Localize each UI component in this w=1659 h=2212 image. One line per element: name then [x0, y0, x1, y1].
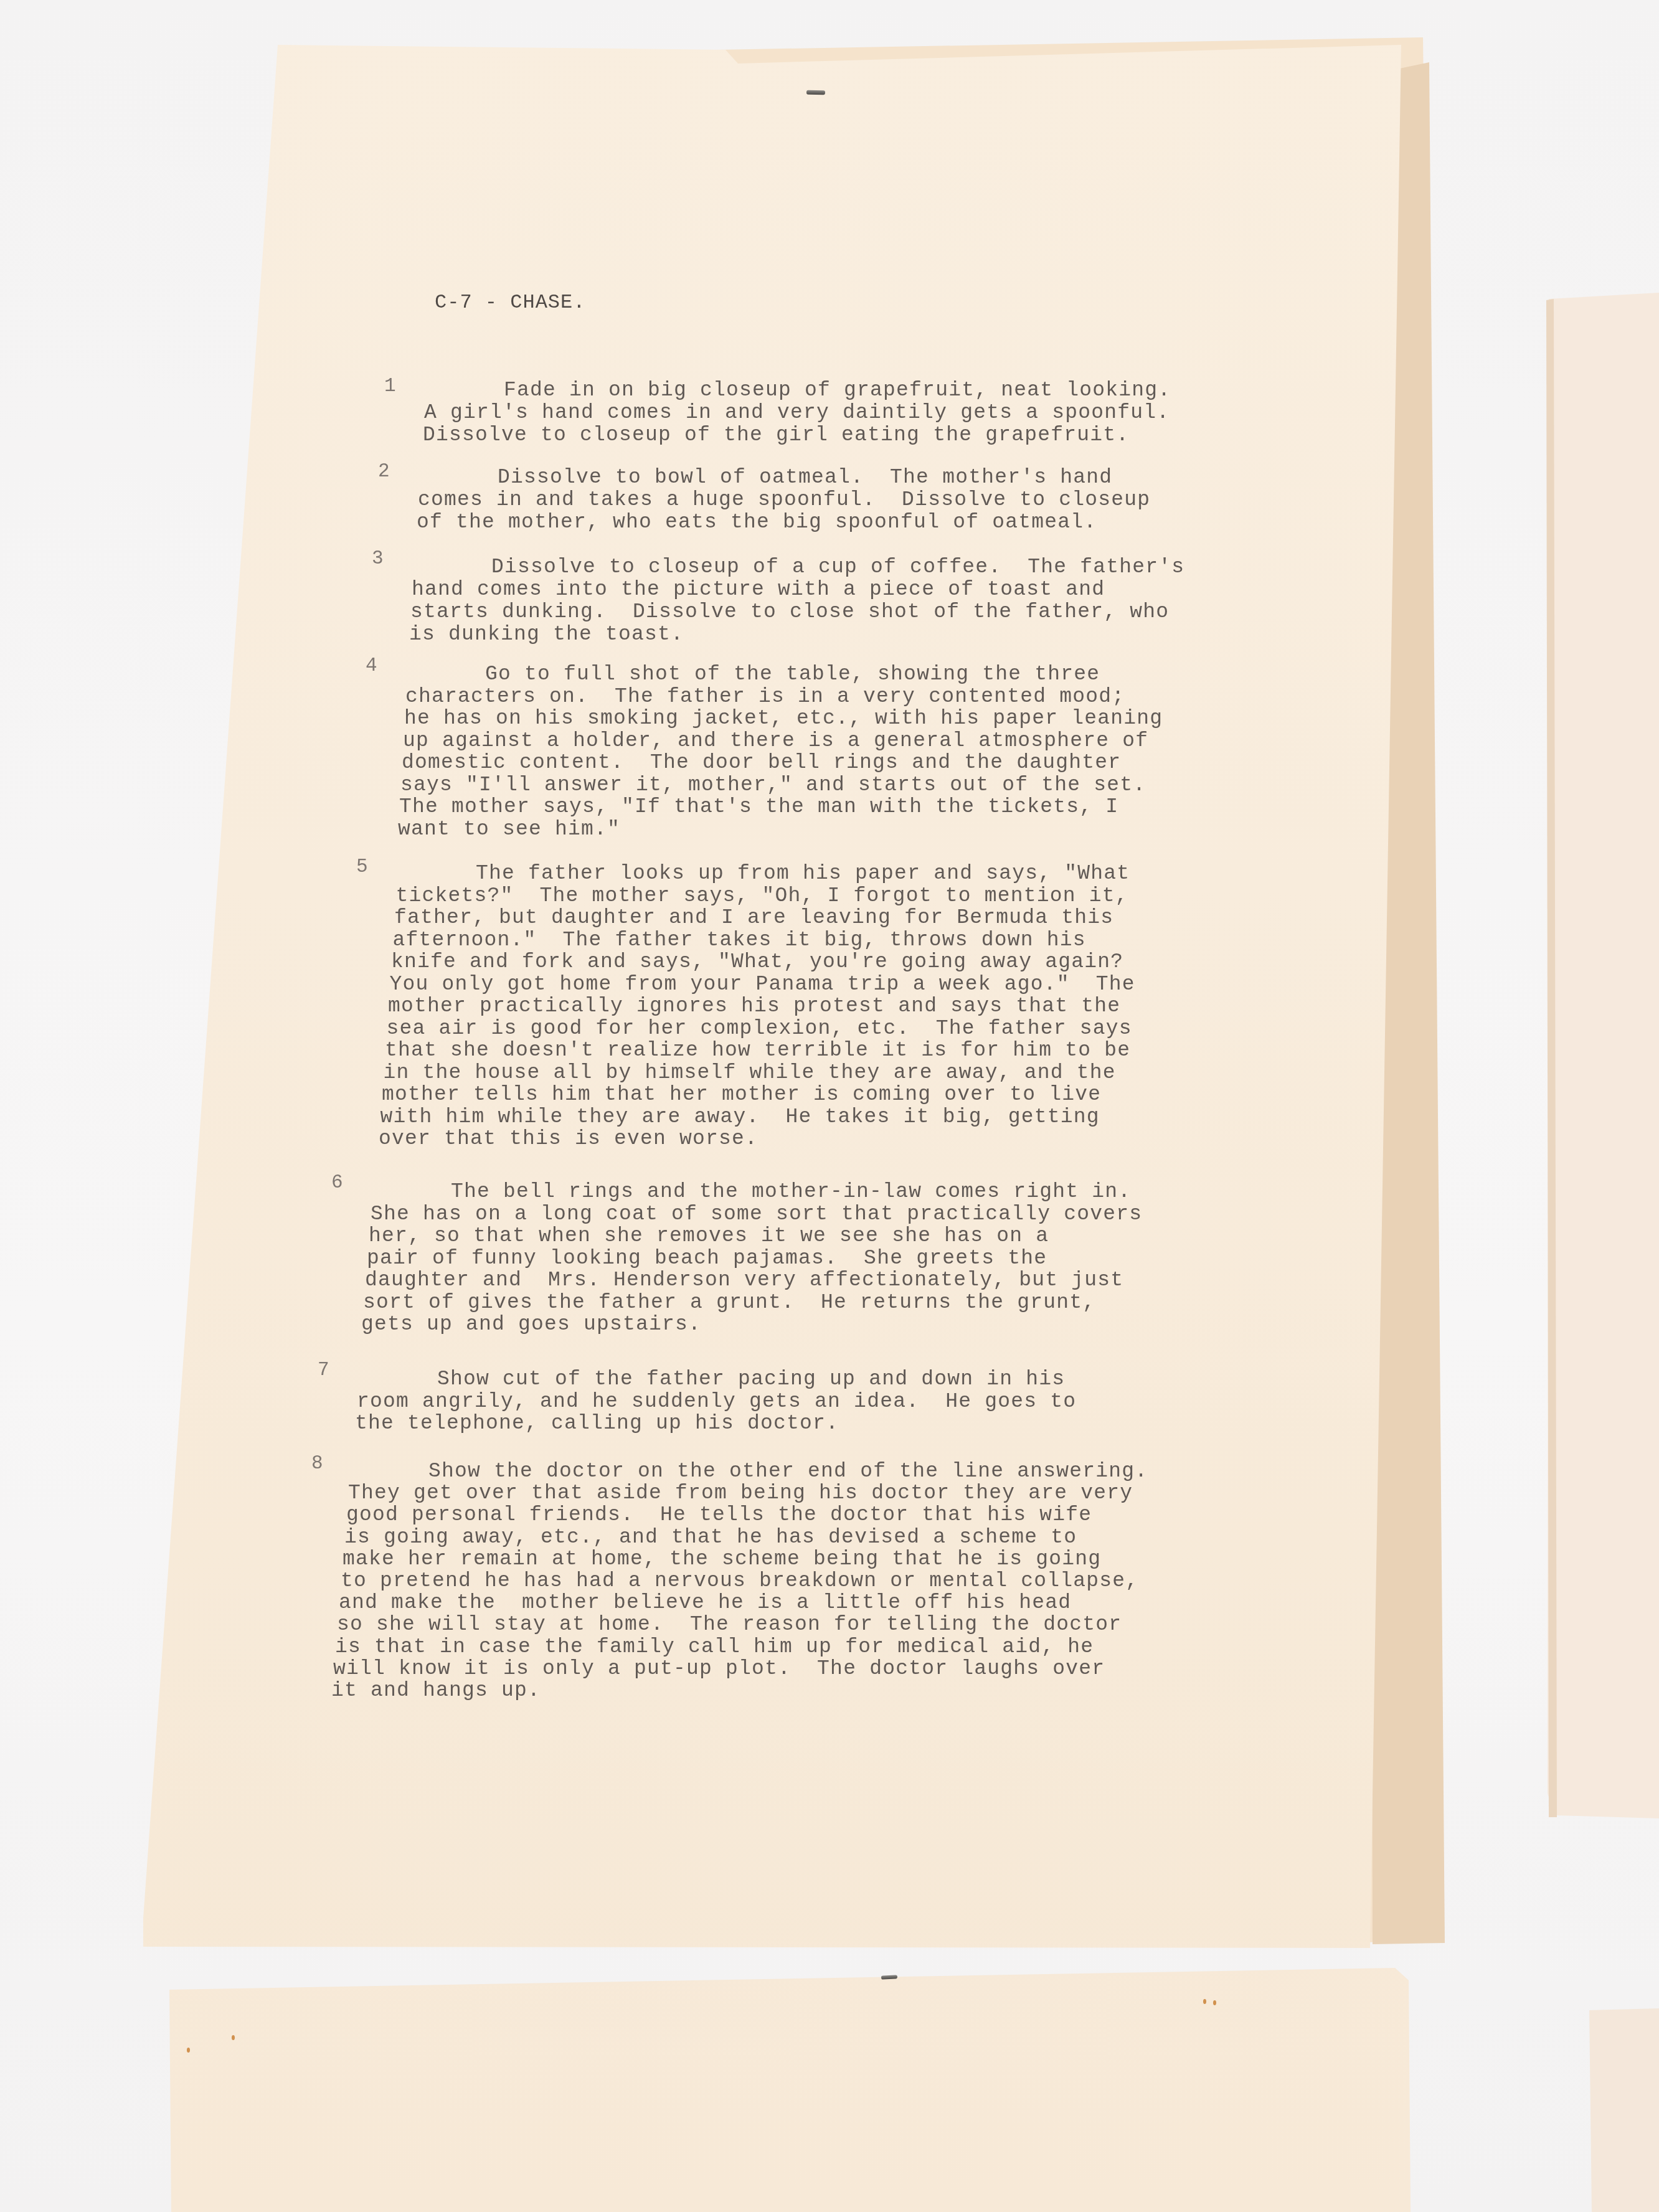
- script-line: and make the mother believe he is a litt…: [339, 1591, 1071, 1614]
- paragraph-number: 2: [378, 461, 390, 483]
- paragraph-number: 7: [318, 1359, 329, 1381]
- script-line: starts dunking. Dissolve to close shot o…: [410, 600, 1169, 623]
- script-line: domestic content. The door bell rings an…: [402, 751, 1121, 774]
- paragraph-number: 1: [384, 376, 396, 397]
- paragraph-number: 6: [331, 1172, 343, 1194]
- script-line: She has on a long coat of some sort that…: [371, 1203, 1142, 1226]
- paragraph-number: 5: [356, 856, 368, 878]
- script-line: good personal friends. He tells the doct…: [346, 1503, 1092, 1526]
- script-line: afternoon." The father takes it big, thr…: [393, 929, 1086, 952]
- paragraph-number: 8: [311, 1453, 323, 1475]
- script-line: with him while they are away. He takes i…: [380, 1105, 1100, 1128]
- script-line: is dunking the toast.: [409, 623, 684, 646]
- script-line: the telephone, calling up his doctor.: [355, 1412, 839, 1435]
- script-line: Go to full shot of the table, showing th…: [407, 663, 1100, 686]
- script-line: is going away, etc., and that he has dev…: [344, 1526, 1077, 1549]
- script-line: her, so that when she removes it we see …: [369, 1224, 1049, 1247]
- paragraph-number: 4: [366, 655, 377, 677]
- script-line: room angrily, and he suddenly gets an id…: [357, 1390, 1076, 1413]
- script-line: that she doesn't realize how terrible it…: [385, 1039, 1130, 1062]
- script-line: Dissolve to closeup of the girl eating t…: [423, 423, 1129, 447]
- script-line: father, but daughter and I are leaving f…: [394, 906, 1113, 929]
- script-line: he has on his smoking jacket, etc., with…: [404, 707, 1163, 730]
- script-line: Dissolve to closeup of a cup of coffee. …: [413, 555, 1184, 579]
- script-line: Show cut of the father pacing up and dow…: [359, 1368, 1065, 1391]
- script-line: comes in and takes a huge spoonful. Diss…: [418, 488, 1150, 511]
- script-line: in the house all by himself while they a…: [384, 1061, 1116, 1084]
- script-line: Fade in on big closeup of grapefruit, ne…: [425, 379, 1171, 402]
- script-line: The mother says, "If that's the man with…: [399, 795, 1118, 818]
- script-line: make her remain at home, the scheme bein…: [343, 1548, 1101, 1571]
- script-line: sea air is good for her complexion, etc.…: [387, 1017, 1132, 1040]
- script-line: so she will stay at home. The reason for…: [337, 1613, 1122, 1636]
- script-line: The bell rings and the mother-in-law com…: [372, 1180, 1131, 1203]
- script-line: want to see him.": [398, 818, 620, 841]
- script-line: says "I'll answer it, mother," and start…: [400, 773, 1146, 796]
- script-line: daughter and Mrs. Henderson very affecti…: [365, 1269, 1123, 1292]
- script-line: mother practically ignores his protest a…: [388, 995, 1120, 1018]
- script-line: it and hangs up.: [331, 1679, 541, 1702]
- script-line: tickets?" The mother says, "Oh, I forgot…: [396, 884, 1128, 907]
- script-line: over that this is even worse.: [379, 1127, 758, 1150]
- script-line: You only got home from your Panama trip …: [390, 973, 1135, 996]
- script-line: hand comes into the picture with a piece…: [412, 578, 1105, 601]
- typed-script: C-7 - CHASE. 1 Fade in on big closeup of…: [0, 0, 1659, 2212]
- script-line: They get over that aside from being his …: [348, 1482, 1133, 1505]
- script-line: characters on. The father is in a very c…: [405, 685, 1125, 708]
- script-line: knife and fork and says, "What, you're g…: [391, 950, 1123, 973]
- script-line: The father looks up from his paper and s…: [397, 862, 1130, 885]
- script-line: Show the doctor on the other end of the …: [350, 1460, 1148, 1483]
- script-line: mother tells him that her mother is comi…: [382, 1083, 1101, 1106]
- script-line: is that in case the family call him up f…: [335, 1635, 1094, 1658]
- page-title: C-7 - CHASE.: [435, 291, 585, 314]
- script-line: Dissolve to bowl of oatmeal. The mother'…: [419, 466, 1112, 489]
- paragraph-number: 3: [372, 548, 384, 570]
- script-line: A girl's hand comes in and very daintily…: [424, 401, 1170, 424]
- script-line: pair of funny looking beach pajamas. She…: [367, 1247, 1047, 1270]
- script-line: gets up and goes upstairs.: [361, 1313, 701, 1336]
- script-line: of the mother, who eats the big spoonful…: [417, 511, 1097, 534]
- script-line: sort of gives the father a grunt. He ret…: [363, 1291, 1095, 1314]
- script-line: to pretend he has had a nervous breakdow…: [341, 1569, 1138, 1592]
- script-line: up against a holder, and there is a gene…: [403, 729, 1148, 752]
- script-line: will know it is only a put-up plot. The …: [333, 1657, 1105, 1680]
